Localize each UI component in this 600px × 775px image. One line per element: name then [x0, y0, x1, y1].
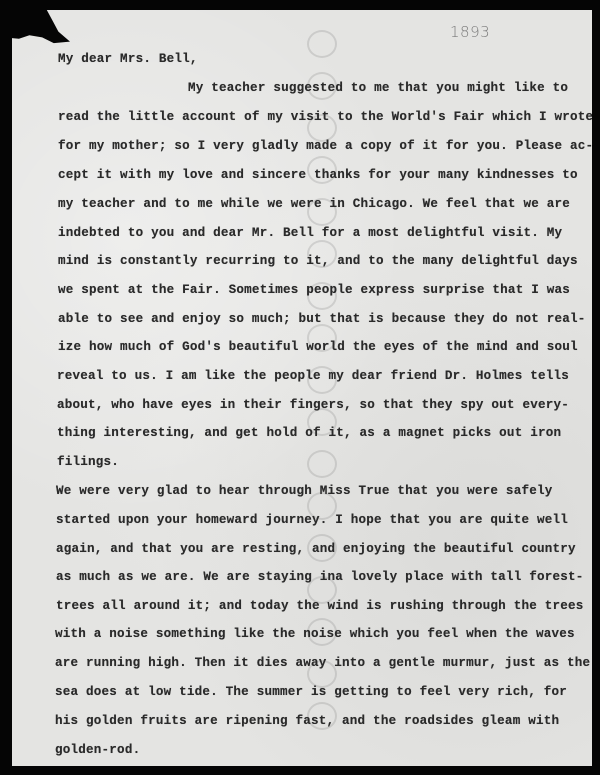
- letter-line: We were very glad to hear through Miss T…: [56, 484, 552, 498]
- letter-line: My teacher suggested to me that you migh…: [188, 81, 568, 95]
- letter-line: my teacher and to me while we were in Ch…: [58, 197, 570, 211]
- letter-line: reveal to us. I am like the people my de…: [57, 369, 569, 383]
- letter-line: mind is constantly recurring to it, and …: [58, 254, 578, 268]
- letter-line: ize how much of God's beautiful world th…: [58, 340, 578, 354]
- letter-line: read the little account of my visit to t…: [58, 110, 592, 124]
- letter-line: indebted to you and dear Mr. Bell for a …: [58, 226, 562, 240]
- handwritten-year-annotation: 1893: [450, 23, 490, 41]
- letter-line: sea does at low tide. The summer is gett…: [55, 685, 567, 699]
- letter-line: cept it with my love and sincere thanks …: [58, 168, 578, 182]
- letter-line: thing interesting, and get hold of it, a…: [57, 426, 561, 440]
- letter-line: with a noise something like the noise wh…: [55, 627, 575, 641]
- letter-page: 1893 My dear Mrs. Bell, My teacher sugge…: [12, 10, 592, 766]
- letter-line: about, who have eyes in their fingers, s…: [57, 398, 569, 412]
- letter-line: able to see and enjoy so much; but that …: [58, 312, 586, 326]
- letter-line: are running high. Then it dies away into…: [55, 656, 590, 670]
- letter-line: again, and that you are resting, and enj…: [56, 542, 576, 556]
- salutation: My dear Mrs. Bell,: [58, 52, 198, 66]
- letter-line: for my mother; so I very gladly made a c…: [58, 139, 592, 153]
- letter-line: filings.: [57, 455, 119, 469]
- letter-line: golden-rod.: [55, 743, 140, 757]
- letter-line: trees all around it; and today the wind …: [56, 599, 584, 613]
- letter-line: his golden fruits are ripening fast, and…: [55, 714, 559, 728]
- letter-line: as much as we are. We are staying ina lo…: [56, 570, 584, 584]
- letter-line: started upon your homeward journey. I ho…: [56, 513, 568, 527]
- torn-corner: [12, 10, 70, 46]
- letter-line: we spent at the Fair. Sometimes people e…: [58, 283, 570, 297]
